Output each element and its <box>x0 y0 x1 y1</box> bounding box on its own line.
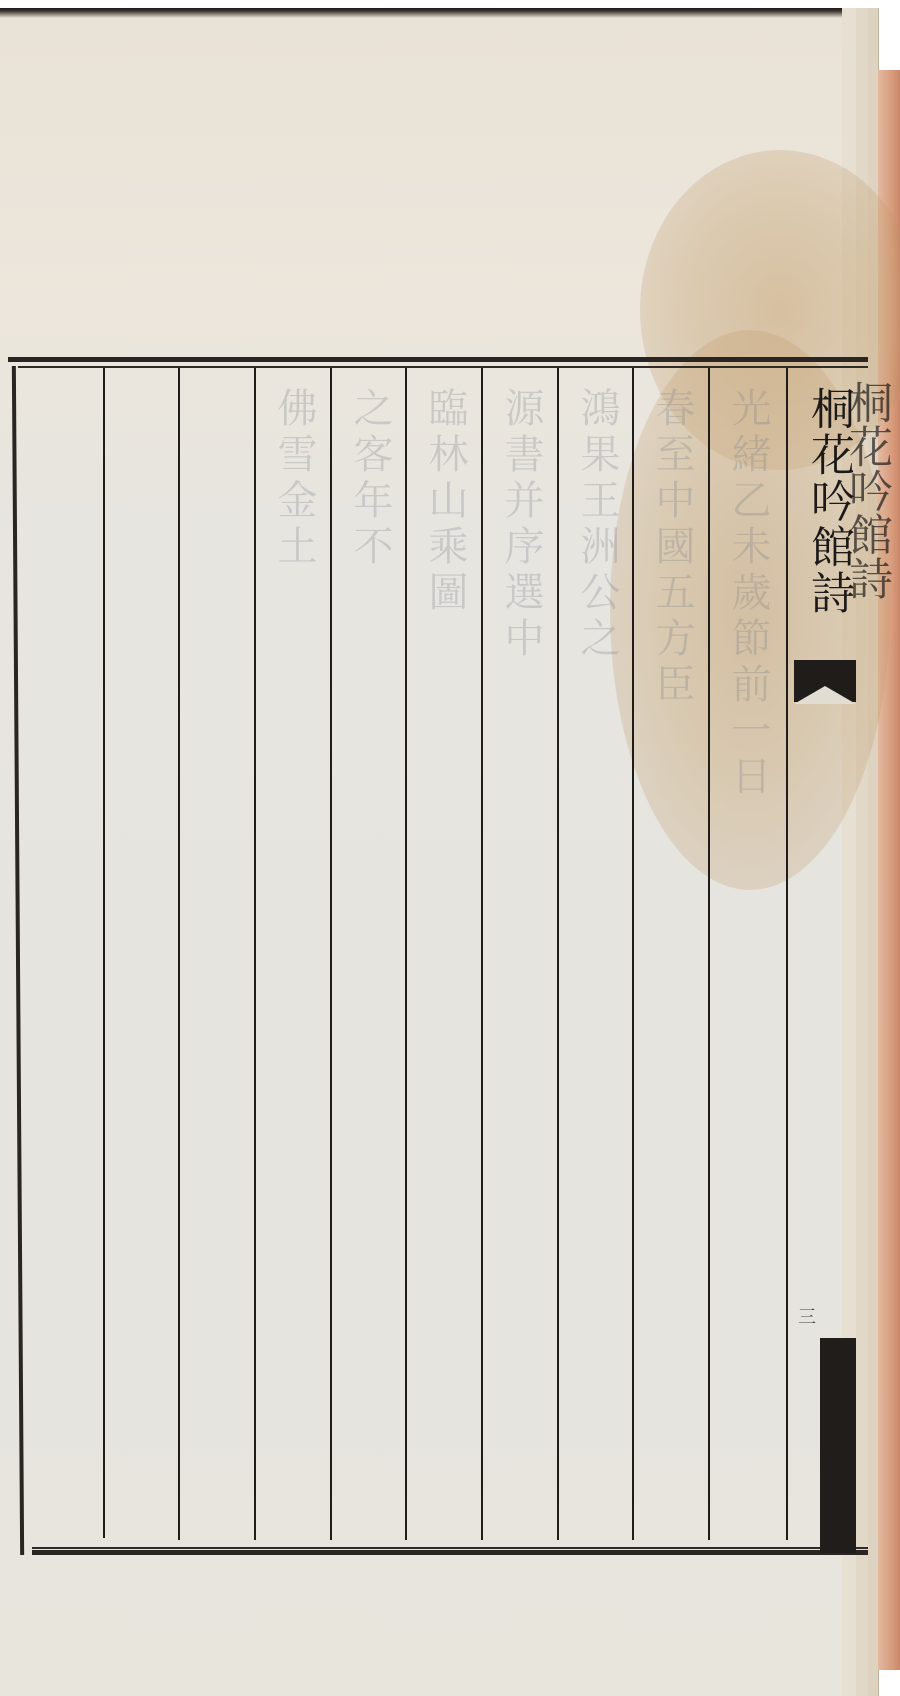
frame-top-border <box>8 357 868 362</box>
show-through-text: 鴻果王洲公之 <box>569 387 625 663</box>
column-rule <box>103 368 105 1538</box>
column-rule <box>632 368 634 1540</box>
show-through-text: 光緒乙未歲節前一日 <box>720 387 776 801</box>
column-rule <box>254 368 256 1540</box>
frame-top-inner-rule <box>18 366 868 368</box>
column-rule <box>405 368 407 1540</box>
show-through-text: 臨林山乘圖 <box>417 387 473 617</box>
page-top-edge <box>0 8 842 18</box>
frame-bottom-inner-rule <box>32 1547 868 1549</box>
fishtail-notch <box>794 686 856 704</box>
show-through-text: 源書并序選中 <box>493 387 549 663</box>
column-rule <box>708 368 710 1540</box>
lower-fishtail-mark <box>820 1338 856 1553</box>
show-through-text: 佛雪金土 <box>266 387 322 571</box>
print-frame: 光緒乙未歲節前一日 春至中國五方臣 鴻果王洲公之 源書并序選中 臨林山乘圖 之客… <box>8 357 868 1555</box>
show-through-text: 之客年不 <box>342 387 398 571</box>
adjacent-page-title: 桐花吟館詩 <box>838 380 894 600</box>
column-rule <box>786 368 788 1540</box>
column-rule <box>330 368 332 1540</box>
show-through-text: 春至中國五方臣 <box>644 387 700 709</box>
frame-left-border <box>12 366 24 1555</box>
column-rule <box>481 368 483 1540</box>
column-rule <box>178 368 180 1540</box>
frame-bottom-border <box>32 1550 868 1555</box>
column-rule <box>557 368 559 1540</box>
page-number: 三 <box>798 1303 816 1329</box>
